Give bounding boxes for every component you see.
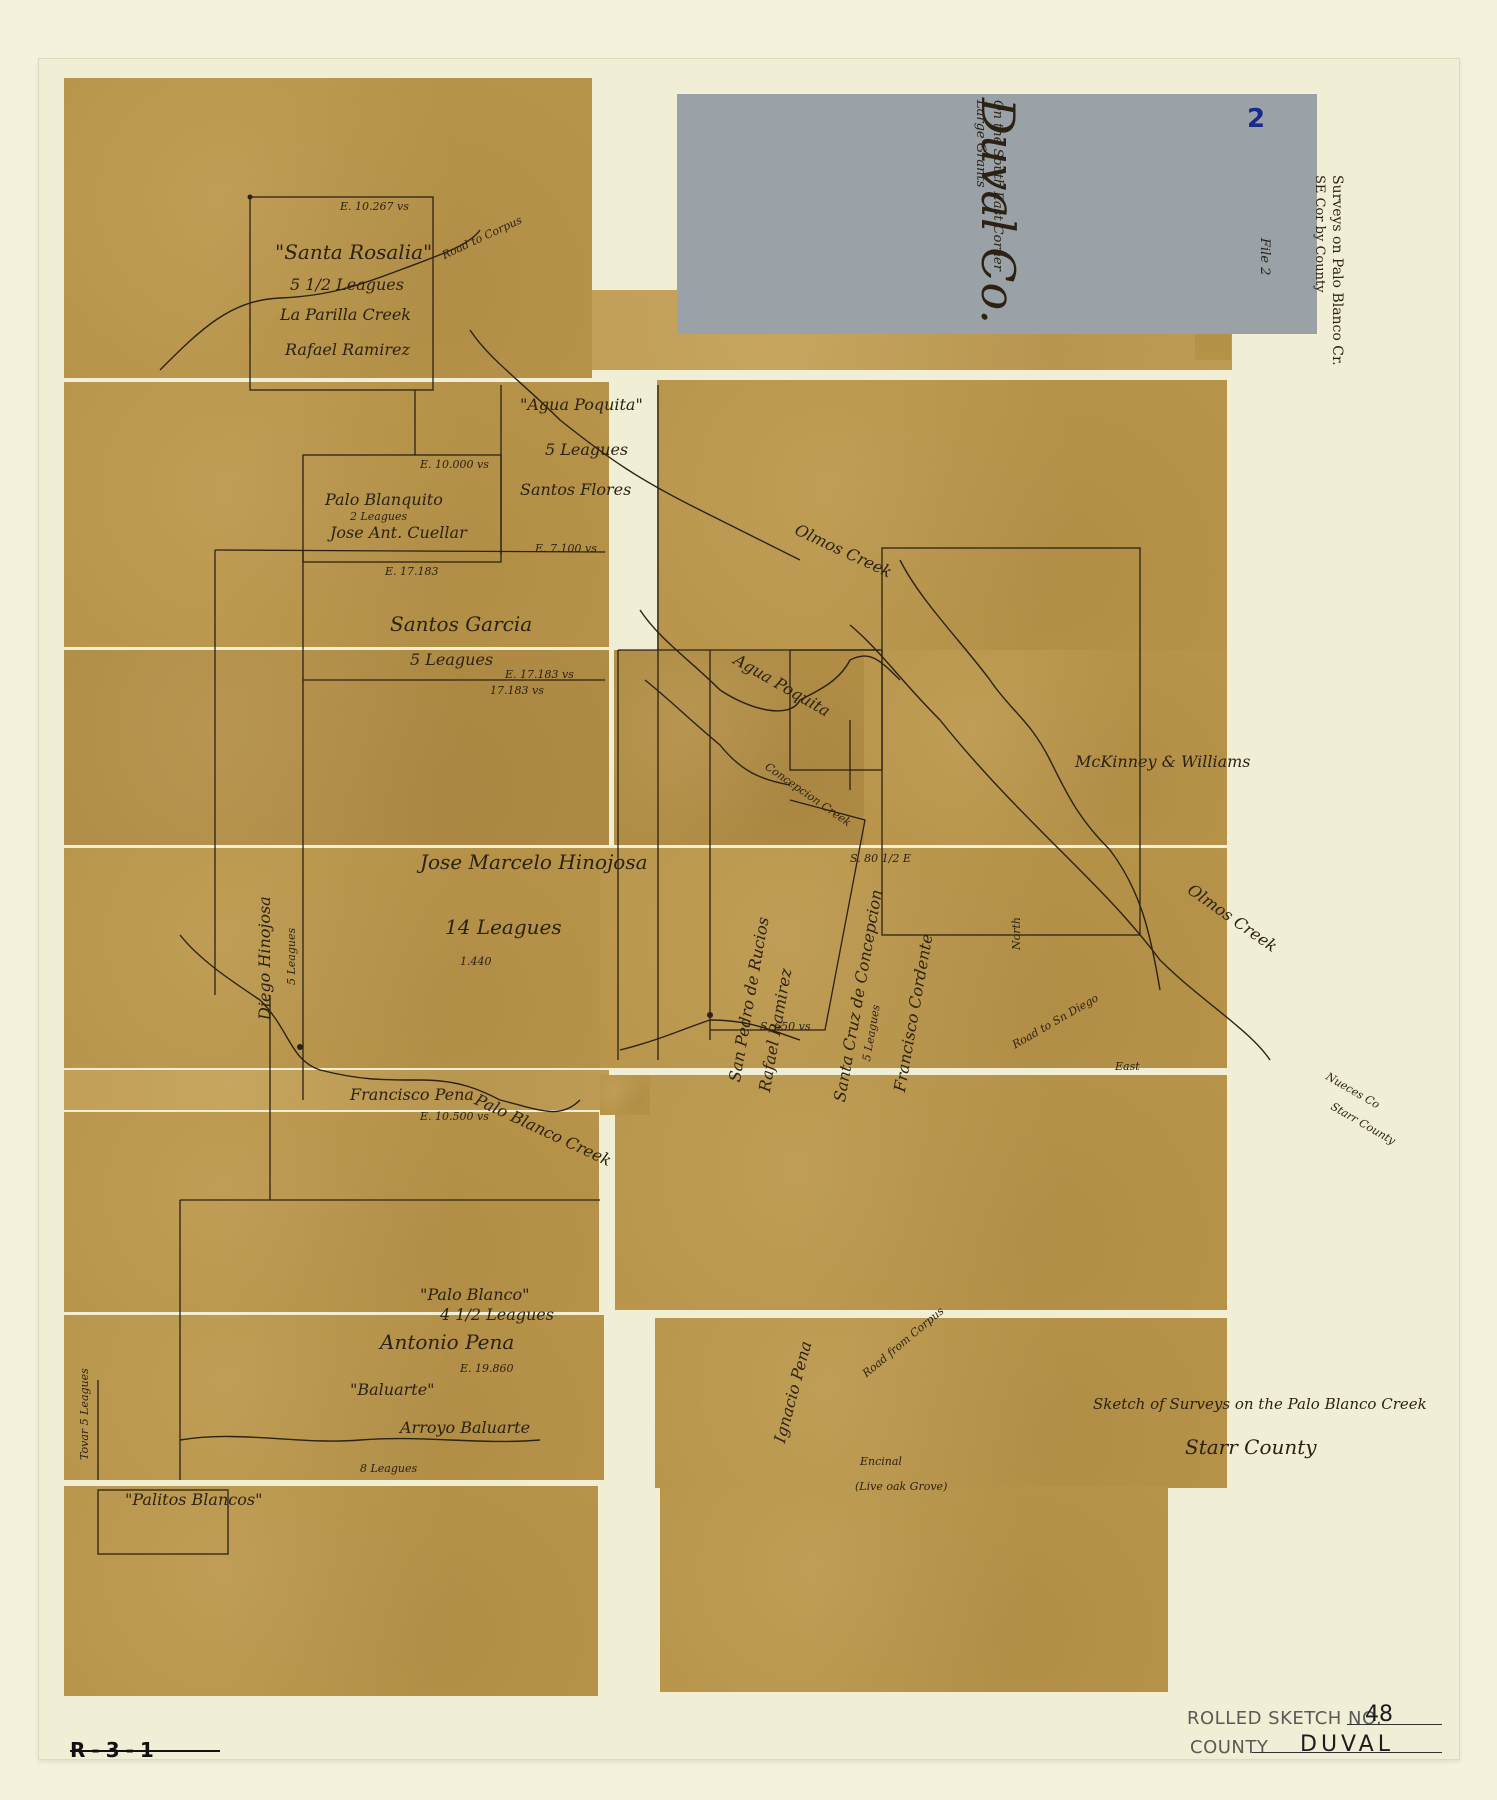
call-santa-cruz-s80e: S. 80 1/2 E <box>850 852 911 865</box>
survey-size-palo-blanco: 4 1/2 Leagues <box>440 1305 554 1324</box>
docket-subtitle-line1: On the South East Corner <box>990 100 1005 271</box>
stamp-rule-2 <box>1252 1752 1442 1753</box>
docket-sheet-number: 2 <box>1247 104 1265 134</box>
survey-size-santos-garcia: 5 Leagues <box>410 650 493 669</box>
creek-label-la-parilla: La Parilla Creek <box>280 305 411 324</box>
survey-size-baluarte: 8 Leagues <box>360 1462 417 1475</box>
survey-size-diego-hinojosa: 5 Leagues <box>285 928 298 985</box>
grantee-jose-ant-cuellar: Jose Ant. Cuellar <box>330 523 467 542</box>
survey-name-baluarte: "Baluarte" <box>350 1380 435 1399</box>
survey-name-diego-hinojosa: Diego Hinojosa <box>255 896 274 1020</box>
survey-name-mckinney-williams: McKinney & Williams <box>1075 752 1251 771</box>
call-palo-blanquito-east: E. 10.000 vs <box>420 458 489 471</box>
call-santa-cruz-s650: S. 650 vs <box>760 1020 811 1033</box>
stamp-county-value: DUVAL <box>1300 1732 1394 1757</box>
label-encinal: Encinal <box>860 1455 902 1468</box>
stamp-rule-1 <box>1347 1724 1442 1725</box>
survey-name-agua-poquita: "Agua Poquita" <box>520 395 643 414</box>
call-santos-garcia-e17183-b: E. 17.183 vs <box>505 668 574 681</box>
survey-size-hinojosa-14-leagues: 14 Leagues <box>445 915 562 939</box>
call-santa-rosalia-east: E. 10.267 vs <box>340 200 409 213</box>
survey-name-jose-marcelo-hinojosa: Jose Marcelo Hinojosa <box>420 850 648 874</box>
survey-name-palo-blanco: "Palo Blanco" <box>420 1285 529 1304</box>
docket-subtitle-line2: Large Grants <box>973 100 988 187</box>
call-santos-garcia-e17183: E. 17.183 <box>385 565 439 578</box>
survey-name-francisco-pena: Francisco Pena <box>350 1085 474 1104</box>
call-hinojosa-1440: 1.440 <box>460 955 492 968</box>
call-palo-blanco-e19860: E. 19.860 <box>460 1362 514 1375</box>
sketch-caption-line2: Starr County <box>1185 1435 1317 1459</box>
survey-name-tovar: Tovar 5 Leagues <box>78 1368 91 1460</box>
survey-linework <box>0 0 1497 1800</box>
survey-size-palo-blanquito: 2 Leagues <box>350 510 407 523</box>
survey-name-santa-rosalia: "Santa Rosalia" <box>275 240 432 264</box>
creek-label-arroyo-baluarte: Arroyo Baluarte <box>400 1418 530 1437</box>
call-mckinney-east: East <box>1115 1060 1140 1073</box>
grantee-antonio-pena: Antonio Pena <box>380 1330 514 1354</box>
margin-note-line1: Surveys on Palo Blanco Cr. <box>1329 175 1345 366</box>
survey-name-santos-garcia: Santos Garcia <box>390 612 532 636</box>
call-francisco-pena-east: E. 10.500 vs <box>420 1110 489 1123</box>
sketch-caption-line1: Sketch of Surveys on the Palo Blanco Cre… <box>1093 1395 1427 1413</box>
survey-name-palo-blanquito: Palo Blanquito <box>325 490 443 509</box>
margin-note-line2: SE Cor by County <box>1312 175 1327 293</box>
grantee-santos-flores: Santos Flores <box>520 480 631 499</box>
grantee-rafael-ramirez: Rafael Ramirez <box>285 340 410 359</box>
call-santos-garcia-e7100: E. 7.100 vs <box>535 542 597 555</box>
stamp-county-label: COUNTY <box>1190 1737 1268 1758</box>
docket-file-note: File 2 <box>1257 238 1272 275</box>
call-hinojosa-17183: 17.183 vs <box>490 684 544 697</box>
survey-size-santa-rosalia: 5 1/2 Leagues <box>290 275 404 294</box>
label-live-oak-grove: (Live oak Grove) <box>855 1480 947 1493</box>
survey-size-agua-poquita: 5 Leagues <box>545 440 628 459</box>
catalog-code-strike <box>70 1750 220 1752</box>
stamp-rolled-sketch-label: ROLLED SKETCH NO. <box>1187 1708 1382 1729</box>
survey-name-palitos-blancos: "Palitos Blancos" <box>125 1490 262 1509</box>
call-mckinney-north: North <box>1010 917 1023 950</box>
